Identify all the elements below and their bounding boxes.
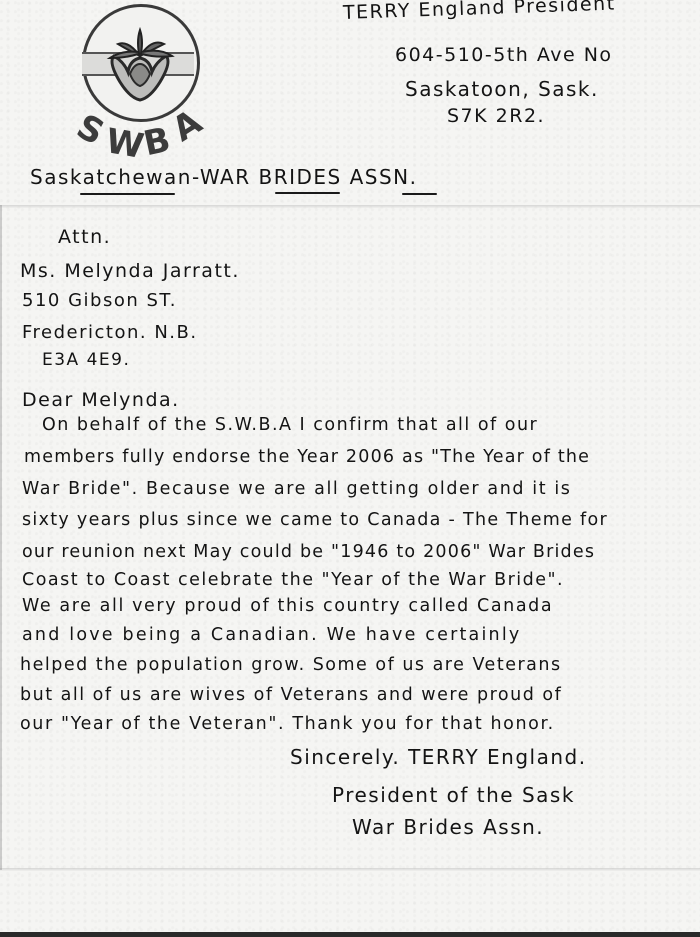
recipient-name: Ms. Melynda Jarratt. (20, 260, 240, 282)
flower-emblem-icon (100, 22, 180, 104)
body-line: but all of us are wives of Veterans and … (20, 685, 562, 705)
body-line: and love being a Canadian. We have certa… (22, 625, 521, 645)
body-line: Coast to Coast celebrate the "Year of th… (22, 570, 564, 590)
swba-logo: S W B A (78, 4, 208, 164)
body-line: our reunion next May could be "1946 to 2… (22, 542, 595, 562)
closing: Sincerely. TERRY England. (290, 745, 587, 769)
sender-name: TERRY England President (343, 0, 616, 24)
paper-fold-line (0, 868, 700, 871)
sender-city: Saskatoon, Sask. (405, 77, 599, 101)
salutation: Dear Melynda. (22, 389, 180, 411)
letter-page: S W B A TERRY England President 604-510-… (0, 0, 700, 937)
logo-letter: A (165, 102, 209, 150)
organization-name: Saskatchewan-WAR BRIDES ASSN. (30, 165, 417, 189)
sender-postal: S7K 2R2. (447, 105, 545, 127)
recipient-street: 510 Gibson ST. (22, 290, 177, 311)
body-line: We are all very proud of this country ca… (22, 596, 553, 616)
paper-fold-line (0, 205, 700, 208)
underline (275, 192, 340, 194)
recipient-postal: E3A 4E9. (42, 350, 130, 370)
signature-title: President of the Sask (332, 783, 575, 807)
body-line: our "Year of the Veteran". Thank you for… (20, 714, 555, 734)
underline (402, 193, 437, 195)
body-line: members fully endorse the Year 2006 as "… (24, 447, 590, 467)
signature-organization: War Brides Assn. (352, 815, 544, 839)
logo-letter: B (140, 120, 174, 165)
attn-label: Attn. (58, 226, 111, 248)
recipient-city: Fredericton. N.B. (22, 322, 198, 343)
paper-edge (0, 205, 2, 870)
body-line: sixty years plus since we came to Canada… (22, 510, 608, 530)
logo-text: S W B A (78, 104, 218, 164)
body-line: helped the population grow. Some of us a… (20, 655, 562, 675)
body-line: On behalf of the S.W.B.A I confirm that … (42, 415, 538, 435)
sender-street: 604-510-5th Ave No (395, 44, 613, 66)
paper-bottom-edge (0, 932, 700, 937)
body-line: War Bride". Because we are all getting o… (22, 479, 572, 499)
underline (80, 193, 175, 195)
